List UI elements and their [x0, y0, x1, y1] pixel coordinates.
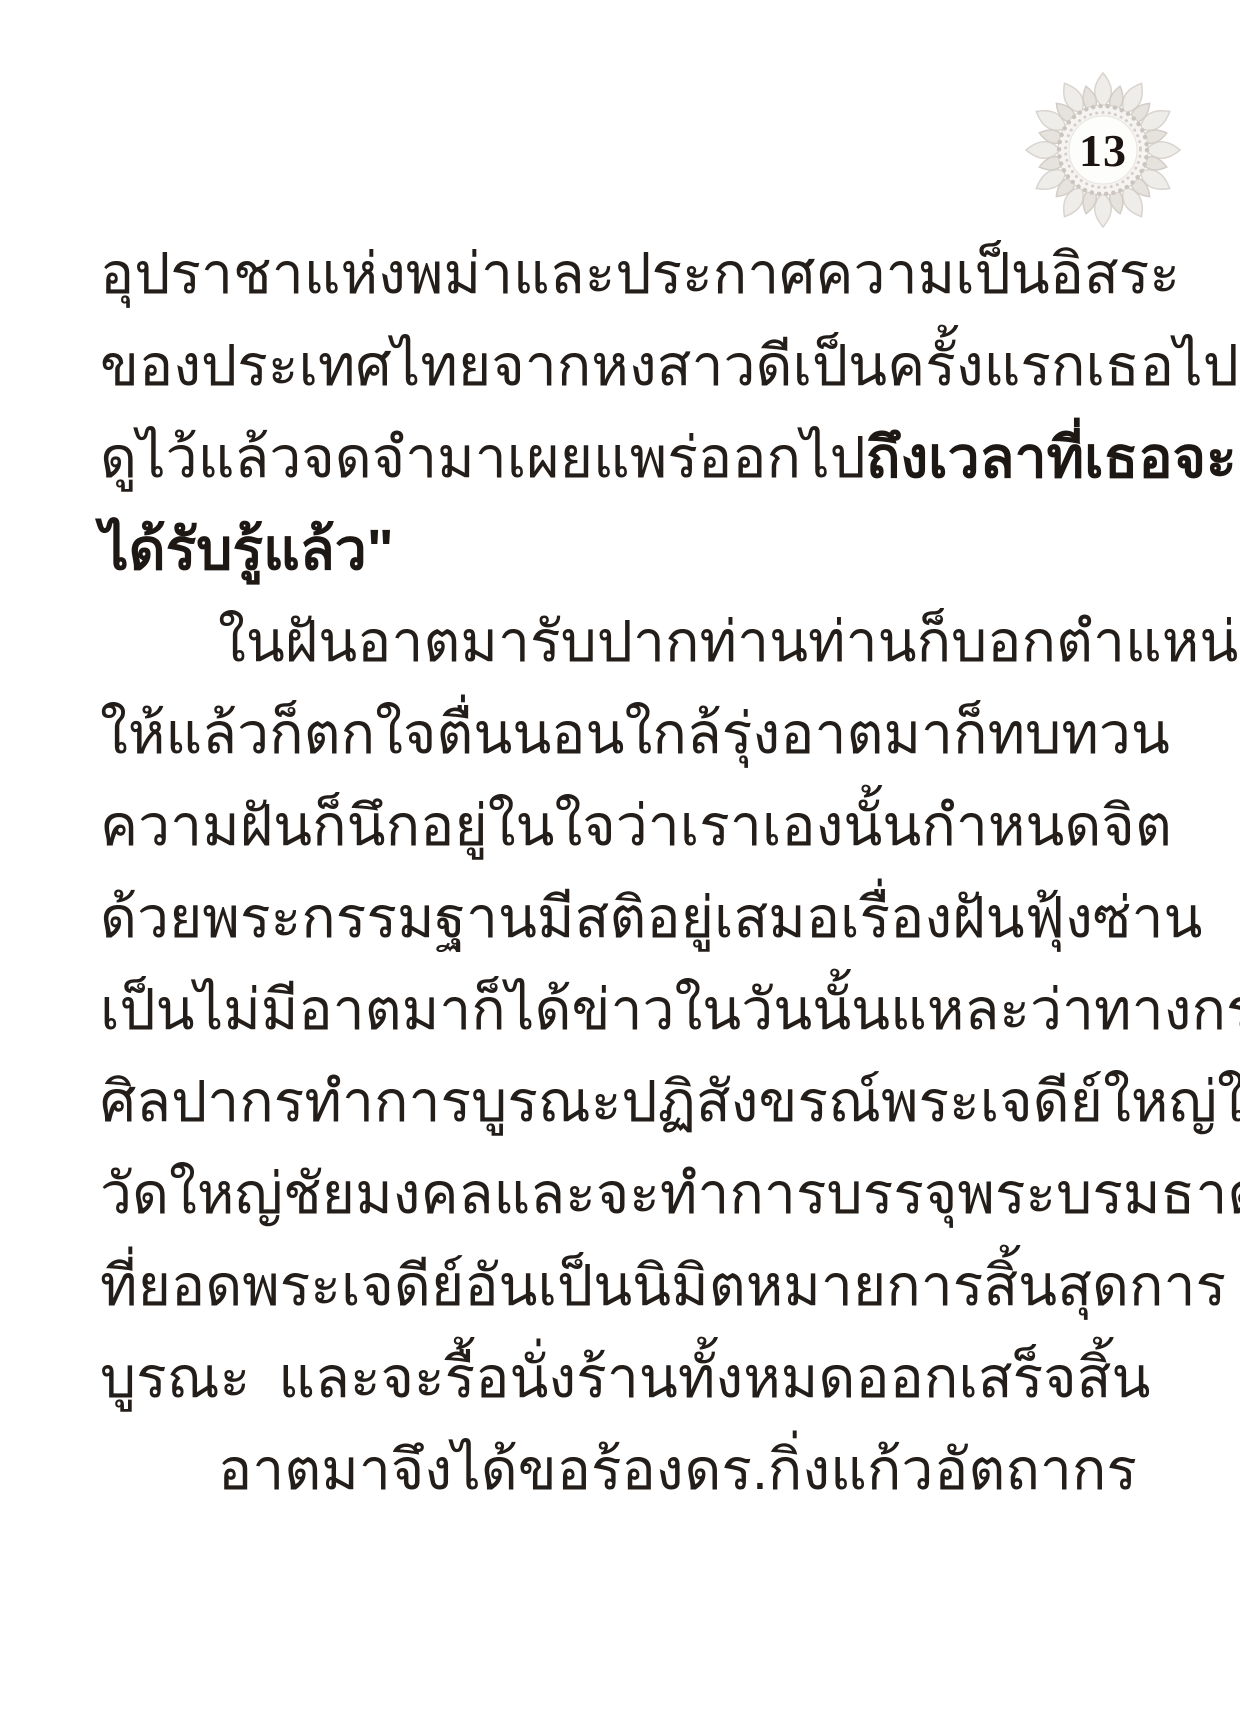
text-segment: อาตมาก็ทบทวน — [780, 688, 1170, 780]
text-line: อุปราชาแห่งพม่าและประกาศความเป็นอิสระ — [100, 228, 1137, 320]
page-number: 13 — [1023, 70, 1183, 230]
text-line: บูรณะและจะรื้อนั่งร้านทั้งหมดออกเสร็จสิ้… — [100, 1332, 1137, 1424]
text-line: วัดใหญ่ชัยมงคลและจะทำการบรรจุพระบรมธาตุ — [100, 1148, 1137, 1240]
text-segment: และประกาศความเป็นอิสระ — [513, 228, 1180, 320]
text-line: ให้แล้วก็ตกใจตื่นนอนใกล้รุ่งอาตมาก็ทบทวน — [100, 688, 1137, 780]
text-segment: ในฝันอาตมารับปากท่านท่านก็บอกตำแหน่ง — [218, 596, 1240, 688]
page-number-ornament: 13 — [1023, 70, 1183, 230]
text-segment: เธอไป — [1086, 320, 1239, 412]
text-segment: ความฝัน — [100, 780, 312, 872]
text-segment: มีสติอยู่เสมอเรื่องฝันฟุ้งซ่าน — [537, 872, 1202, 964]
text-line: อาตมาจึงได้ขอร้องดร.กิ่งแก้วอัตถากร — [100, 1424, 1137, 1516]
text-segment: ของประเทศไทย — [100, 320, 491, 412]
text-segment: จากหงสาวดีเป็นครั้งแรก — [491, 320, 1085, 412]
text-line: ศิลปากรทำการบูรณะปฏิสังขรณ์พระเจดีย์ใหญ่… — [100, 1056, 1137, 1148]
text-segment: อัตถากร — [934, 1424, 1137, 1516]
text-segment: ก็นึกอยู่ในใจว่าเราเองนั้น — [312, 780, 921, 872]
book-page: 13 อุปราชาแห่งพม่าและประกาศความเป็นอิสระ… — [0, 0, 1240, 1713]
paragraph: ในฝันอาตมารับปากท่านท่านก็บอกตำแหน่งให้แ… — [100, 596, 1137, 1424]
body-text: อุปราชาแห่งพม่าและประกาศความเป็นอิสระของ… — [100, 228, 1137, 1516]
paragraph: อุปราชาแห่งพม่าและประกาศความเป็นอิสระของ… — [100, 228, 1137, 596]
text-segment: บูรณะ — [100, 1332, 250, 1424]
text-segment: และจะทำการบรรจุพระบรมธาตุ — [494, 1148, 1240, 1240]
text-line: ด้วยพระกรรมฐานมีสติอยู่เสมอเรื่องฝันฟุ้ง… — [100, 872, 1137, 964]
text-line: ดูไว้แล้วจดจำมาเผยแพร่ออกไปถึงเวลาที่เธอ… — [100, 412, 1137, 504]
emphasized-text-segment: ได้รับรู้แล้ว" — [100, 504, 394, 596]
text-segment: กำหนดจิต — [921, 780, 1172, 872]
text-segment: ดร.กิ่งแก้ว — [684, 1424, 933, 1516]
text-line: เป็นไม่มีอาตมาก็ได้ข่าวในวันนั้นแหละว่าท… — [100, 964, 1137, 1056]
text-line: ในฝันอาตมารับปากท่านท่านก็บอกตำแหน่ง — [100, 596, 1137, 688]
emphasized-text-segment: ถึงเวลาที่เธอจะ — [866, 412, 1237, 504]
text-line: ได้รับรู้แล้ว" — [100, 504, 1137, 596]
text-segment: อันเป็นนิมิตหมายการสิ้นสุดการ — [464, 1240, 1226, 1332]
text-segment: อาตมาจึงได้ขอร้อง — [218, 1424, 684, 1516]
text-segment: ที่ยอดพระเจดีย์ — [100, 1240, 464, 1332]
text-line: ที่ยอดพระเจดีย์อันเป็นนิมิตหมายการสิ้นสุ… — [100, 1240, 1137, 1332]
text-segment: ด้วยพระกรรมฐาน — [100, 872, 537, 964]
text-segment: และจะรื้อนั่งร้านทั้งหมดออกเสร็จสิ้น — [278, 1332, 1150, 1424]
text-line: ของประเทศไทยจากหงสาวดีเป็นครั้งแรกเธอไป — [100, 320, 1137, 412]
text-segment: วัดใหญ่ชัยมงคล — [100, 1148, 494, 1240]
text-segment: ดูไว้แล้วจดจำมาเผยแพร่ออกไป — [100, 412, 866, 504]
text-segment: อุปราชาแห่งพม่า — [100, 228, 513, 320]
text-segment: ศิลปากรทำการบูรณะปฏิสังขรณ์พระเจดีย์ใหญ่… — [100, 1056, 1240, 1148]
text-line: ความฝันก็นึกอยู่ในใจว่าเราเองนั้นกำหนดจิ… — [100, 780, 1137, 872]
text-segment: แล้วก็ตกใจตื่นนอนใกล้รุ่ง — [165, 688, 780, 780]
text-segment: ทางกรม — [1094, 964, 1240, 1056]
text-segment: เป็นไม่มีอาตมาก็ได้ข่าวในวันนั้นแหละว่า — [100, 964, 1094, 1056]
paragraph: อาตมาจึงได้ขอร้องดร.กิ่งแก้วอัตถากร — [100, 1424, 1137, 1516]
text-segment: ให้ — [100, 688, 165, 780]
